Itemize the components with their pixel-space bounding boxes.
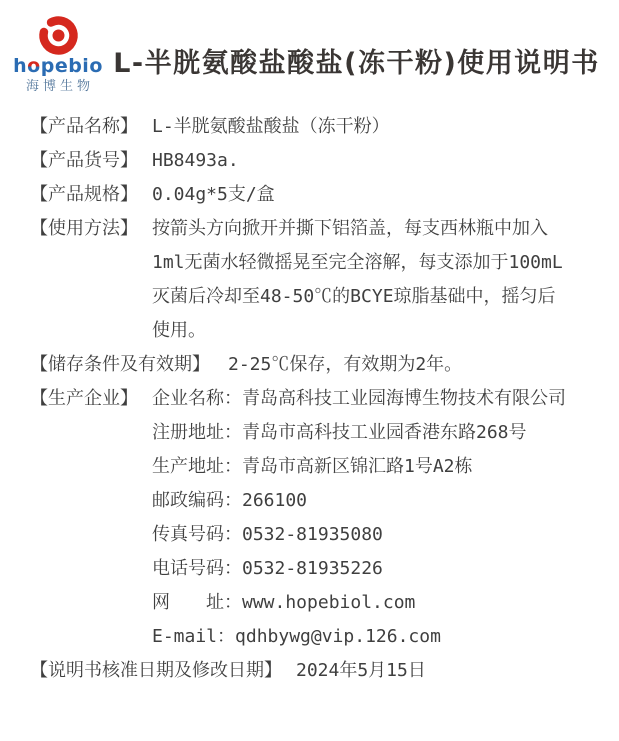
storage-value: 2-25℃保存，有效期为2年。 [228,354,462,375]
product-spec-label: 【产品规格】 [30,178,152,212]
field-product-code: 【产品货号】 HB8493a. [30,144,619,178]
usage-text: 按箭头方向掀开并撕下铝箔盖，每支西林瓶中加入 1ml无菌水轻微摇晃至完全溶解，每… [152,212,563,348]
product-name-label: 【产品名称】 [30,110,152,144]
approval-date-value: 2024年5月15日 [296,660,426,681]
product-code-label: 【产品货号】 [30,144,152,178]
storage-label: 【储存条件及有效期】 [30,354,210,375]
manufacturer-email: E-mail：qdhbywg@vip.126.com [152,620,566,654]
usage-line: 使用。 [152,314,563,348]
field-product-spec: 【产品规格】 0.04g*5支/盒 [30,178,619,212]
document-body: 【产品名称】 L-半胱氨酸盐酸盐（冻干粉） 【产品货号】 HB8493a. 【产… [0,110,619,688]
field-approval-date: 【说明书核准日期及修改日期】2024年5月15日 [30,654,619,688]
field-product-name: 【产品名称】 L-半胱氨酸盐酸盐（冻干粉） [30,110,619,144]
brand-latin-post: pebio [41,55,103,77]
product-code-value: HB8493a. [152,144,239,178]
manufacturer-fax-number: 传真号码：0532-81935080 [152,518,566,552]
manufacturer-production-address: 生产地址：青岛市高新区锦汇路1号A2栋 [152,450,566,484]
manufacturer-company-name: 企业名称：青岛高科技工业园海博生物技术有限公司 [152,382,566,416]
document-header: hopebio 海博生物 L-半胱氨酸盐酸盐(冻干粉)使用说明书 [0,0,619,110]
field-storage: 【储存条件及有效期】2-25℃保存，有效期为2年。 [30,348,619,382]
manufacturer-label: 【生产企业】 [30,382,152,416]
brand-latin-accent-o: o [27,55,41,77]
usage-line: 灭菌后冷却至48-50℃的BCYE琼脂基础中，摇匀后 [152,280,563,314]
manufacturer-website: 网 址：www.hopebiol.com [152,586,566,620]
instruction-sheet-page: hopebio 海博生物 L-半胱氨酸盐酸盐(冻干粉)使用说明书 【产品名称】 … [0,0,619,741]
usage-line: 1ml无菌水轻微摇晃至完全溶解，每支添加于100mL [152,246,563,280]
logo-swirl-icon [35,12,82,59]
field-usage: 【使用方法】 按箭头方向掀开并撕下铝箔盖，每支西林瓶中加入 1ml无菌水轻微摇晃… [30,212,619,348]
approval-date-label: 【说明书核准日期及修改日期】 [30,660,282,681]
manufacturer-phone-number: 电话号码：0532-81935226 [152,552,566,586]
page-title: L-半胱氨酸盐酸盐(冻干粉)使用说明书 [94,0,619,80]
manufacturer-registered-address: 注册地址：青岛市高科技工业园香港东路268号 [152,416,566,450]
usage-line: 按箭头方向掀开并撕下铝箔盖，每支西林瓶中加入 [152,212,563,246]
product-spec-value: 0.04g*5支/盒 [152,178,275,212]
brand-latin-pre: h [13,55,27,77]
hopebio-logo: hopebio 海博生物 [12,12,104,95]
brand-name-cjk: 海博生物 [12,79,104,95]
usage-label: 【使用方法】 [30,212,152,246]
brand-name-latin: hopebio [12,57,104,76]
field-manufacturer: 【生产企业】 企业名称：青岛高科技工业园海博生物技术有限公司 注册地址：青岛市高… [30,382,619,654]
manufacturer-postal-code: 邮政编码：266100 [152,484,566,518]
manufacturer-details: 企业名称：青岛高科技工业园海博生物技术有限公司 注册地址：青岛市高科技工业园香港… [152,382,566,654]
product-name-value: L-半胱氨酸盐酸盐（冻干粉） [152,110,390,144]
